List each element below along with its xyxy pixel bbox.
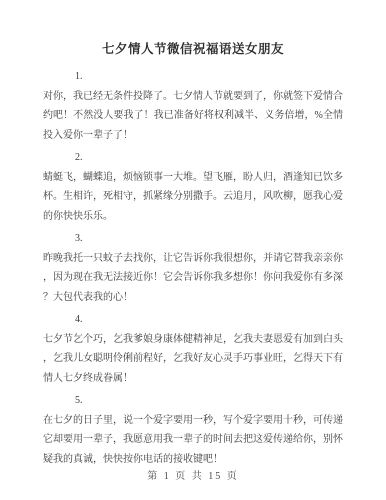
section-5: 5. 在七夕的日子里，说一个爱字要用一秒，写个爱字要用十秒，可传递它却要用一辈子… bbox=[43, 391, 343, 469]
section-2: 2. 蜻蜓飞，蝴蝶追，烦恼锁事一大堆。望飞雁，盼人归，酒逢知已饮多杯。生相许，死… bbox=[43, 148, 343, 226]
section-3: 3. 昨晚我托一只蚊子去找你，让它告诉你我很想你，并请它替我亲亲你，因为现在我无… bbox=[43, 229, 343, 307]
section-number: 5. bbox=[43, 391, 343, 411]
section-text: 对你，我已经无条件投降了。七夕情人节就要到了，你就签下爱情合约吧！不然没人要我了… bbox=[43, 87, 343, 146]
section-text: 昨晚我托一只蚊子去找你，让它告诉你我很想你，并请它替我亲亲你，因为现在我无法接近… bbox=[43, 249, 343, 308]
section-text: 蜻蜓飞，蝴蝶追，烦恼锁事一大堆。望飞雁，盼人归，酒逢知已饮多杯。生相许，死相守，… bbox=[43, 168, 343, 227]
section-number: 4. bbox=[43, 310, 343, 330]
section-number: 2. bbox=[43, 148, 343, 168]
section-text: 七夕节乞个巧，乞我爹娘身康体健精神足，乞我夫妻恩爱有加到白头，乞我儿女聪明伶俐前… bbox=[43, 330, 343, 389]
section-text: 在七夕的日子里，说一个爱字要用一秒，写个爱字要用十秒，可传递它却要用一辈子，我愿… bbox=[43, 411, 343, 470]
section-number: 3. bbox=[43, 229, 343, 249]
document-body: 1. 对你，我已经无条件投降了。七夕情人节就要到了，你就签下爱情合约吧！不然没人… bbox=[0, 67, 386, 469]
document-page: 七夕情人节微信祝福语送女朋友 1. 对你，我已经无条件投降了。七夕情人节就要到了… bbox=[0, 0, 386, 500]
section-number: 1. bbox=[43, 67, 343, 87]
page-number-footer: 第 1 页 共 15 页 bbox=[0, 467, 386, 482]
section-4: 4. 七夕节乞个巧，乞我爹娘身康体健精神足，乞我夫妻恩爱有加到白头，乞我儿女聪明… bbox=[43, 310, 343, 388]
page-title: 七夕情人节微信祝福语送女朋友 bbox=[0, 0, 386, 58]
section-1: 1. 对你，我已经无条件投降了。七夕情人节就要到了，你就签下爱情合约吧！不然没人… bbox=[43, 67, 343, 145]
